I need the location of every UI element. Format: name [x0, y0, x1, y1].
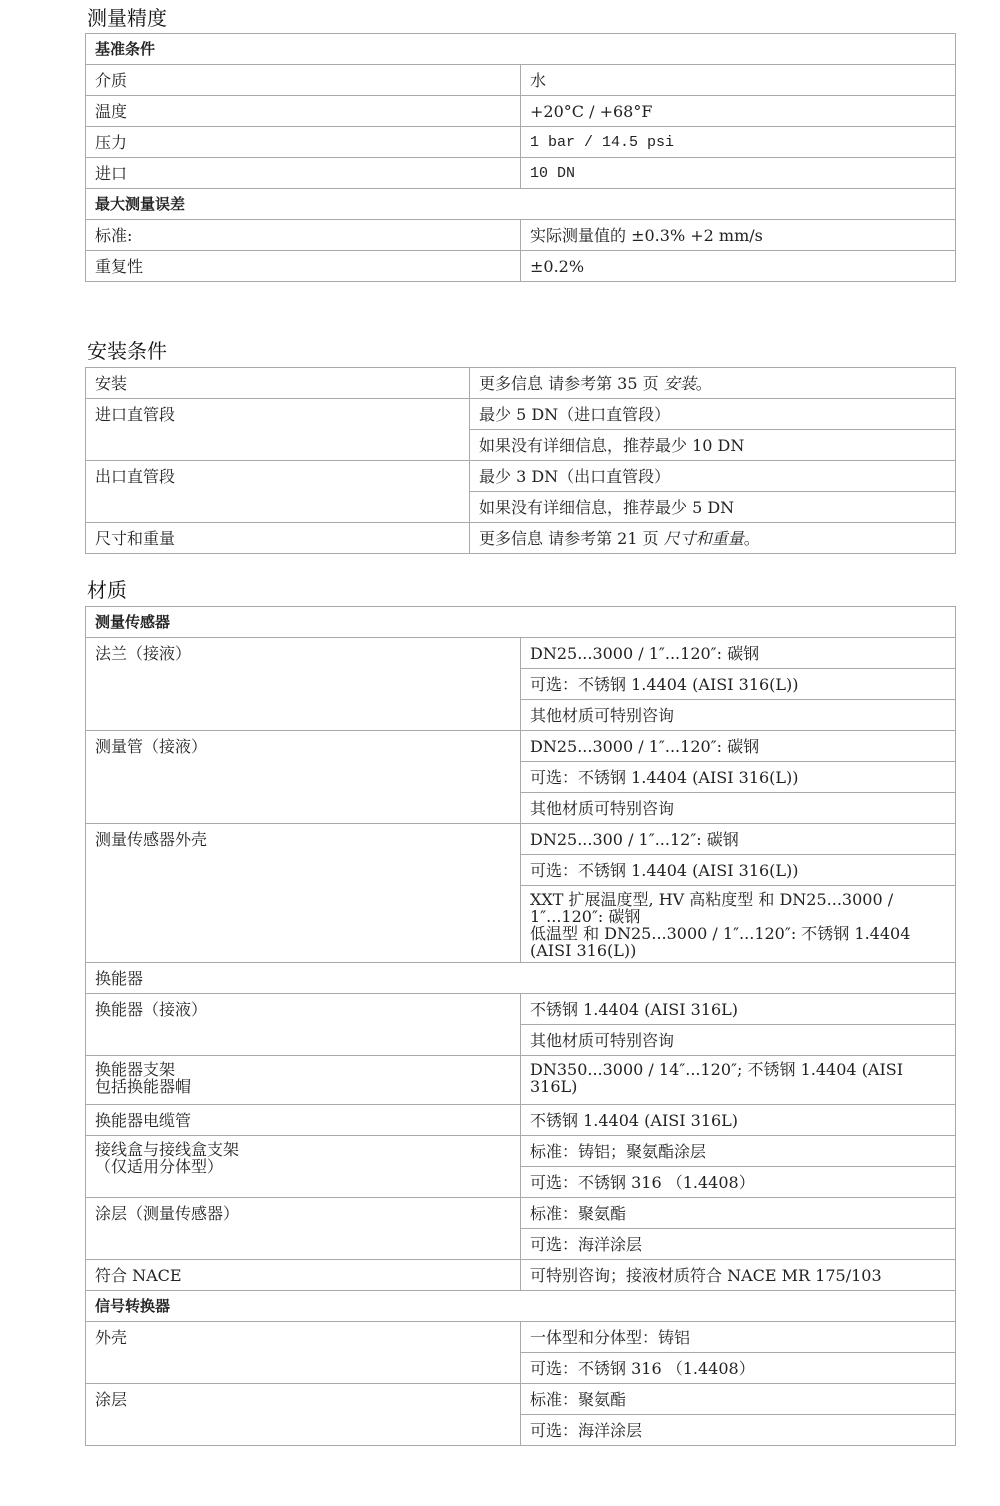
row-value: 其他材质可特别咨询 [521, 700, 956, 731]
row-value: 标准：聚氨酯 [521, 1198, 956, 1229]
row-label: 压力 [86, 127, 521, 158]
table-row: 外壳一体型和分体型：铸铝 [86, 1322, 956, 1353]
row-value: 一体型和分体型：铸铝 [521, 1322, 956, 1353]
group-row: 基准条件 [86, 34, 956, 65]
row-value: 其他材质可特别咨询 [521, 793, 956, 824]
row-label: 标准: [86, 220, 521, 251]
table-row: 重复性±0.2% [86, 251, 956, 282]
row-value: 可选：不锈钢 316 （1.4408） [521, 1167, 956, 1198]
accuracy-table: 基准条件 介质水 温度+20°C / +68°F 压力1 bar / 14.5 … [85, 33, 956, 282]
materials-table: 测量传感器 法兰（接液）DN25...3000 / 1″...120″: 碳钢 … [85, 606, 956, 1446]
row-label: 尺寸和重量 [86, 523, 470, 554]
row-value: +20°C / +68°F [521, 96, 956, 127]
group-row: 测量传感器 [86, 607, 956, 638]
table-row: 出口直管段最少 3 DN（出口直管段） [86, 461, 956, 492]
row-value: 可选：不锈钢 1.4404 (AISI 316(L)) [521, 669, 956, 700]
row-label: 测量传感器外壳 [86, 824, 521, 963]
table-row: 测量传感器外壳DN25...300 / 1″...12″: 碳钢 [86, 824, 956, 855]
page-reference-link[interactable]: 安装 [664, 374, 696, 393]
row-value: 不锈钢 1.4404 (AISI 316L) [521, 994, 956, 1025]
table-row: 标准:实际测量值的 ±0.3% +2 mm/s [86, 220, 956, 251]
table-row: 尺寸和重量更多信息 请参考第 21 页 尺寸和重量。 [86, 523, 956, 554]
row-value: 可选：海洋涂层 [521, 1415, 956, 1446]
row-value: 最少 3 DN（出口直管段） [470, 461, 956, 492]
row-value: 可选：海洋涂层 [521, 1229, 956, 1260]
row-label: 涂层（测量传感器） [86, 1198, 521, 1260]
table-row: 压力1 bar / 14.5 psi [86, 127, 956, 158]
table-row: 符合 NACE可特别咨询；接液材质符合 NACE MR 175/103 [86, 1260, 956, 1291]
row-value: DN25...300 / 1″...12″: 碳钢 [521, 824, 956, 855]
row-value: 可特别咨询；接液材质符合 NACE MR 175/103 [521, 1260, 956, 1291]
table-row: 法兰（接液）DN25...3000 / 1″...120″: 碳钢 [86, 638, 956, 669]
row-label: 换能器支架 包括换能器帽 [86, 1056, 521, 1105]
group-header-max-error: 最大测量误差 [86, 189, 956, 220]
row-label: 换能器电缆管 [86, 1105, 521, 1136]
row-value: 可选：不锈钢 316 （1.4408） [521, 1353, 956, 1384]
section-title-accuracy: 测量精度 [87, 6, 167, 30]
group-row: 换能器 [86, 963, 956, 994]
row-value: 更多信息 请参考第 35 页 安装。 [470, 368, 956, 399]
row-value: 可选：不锈钢 1.4404 (AISI 316(L)) [521, 762, 956, 793]
table-row: 介质水 [86, 65, 956, 96]
group-header-converter: 信号转换器 [86, 1291, 956, 1322]
row-value: ±0.2% [521, 251, 956, 282]
row-label: 进口 [86, 158, 521, 189]
row-value: 1 bar / 14.5 psi [521, 127, 956, 158]
group-row: 最大测量误差 [86, 189, 956, 220]
row-value: 如果没有详细信息，推荐最少 5 DN [470, 492, 956, 523]
table-row: 涂层标准：聚氨酯 [86, 1384, 956, 1415]
row-value: 更多信息 请参考第 21 页 尺寸和重量。 [470, 523, 956, 554]
group-header-sensor: 测量传感器 [86, 607, 956, 638]
row-label: 涂层 [86, 1384, 521, 1446]
table-row: 安装更多信息 请参考第 35 页 安装。 [86, 368, 956, 399]
row-value: DN25...3000 / 1″...120″: 碳钢 [521, 731, 956, 762]
row-label: 接线盒与接线盒支架 （仅适用分体型） [86, 1136, 521, 1198]
table-row: 换能器支架 包括换能器帽DN350...3000 / 14″...120″; 不… [86, 1056, 956, 1105]
row-value: 可选：不锈钢 1.4404 (AISI 316(L)) [521, 855, 956, 886]
row-value: 10 DN [521, 158, 956, 189]
table-row: 测量管（接液）DN25...3000 / 1″...120″: 碳钢 [86, 731, 956, 762]
row-value: 不锈钢 1.4404 (AISI 316L) [521, 1105, 956, 1136]
row-value: 其他材质可特别咨询 [521, 1025, 956, 1056]
row-label: 介质 [86, 65, 521, 96]
row-value: DN25...3000 / 1″...120″: 碳钢 [521, 638, 956, 669]
row-label: 温度 [86, 96, 521, 127]
row-value: 最少 5 DN（进口直管段） [470, 399, 956, 430]
table-row: 换能器（接液）不锈钢 1.4404 (AISI 316L) [86, 994, 956, 1025]
group-row: 信号转换器 [86, 1291, 956, 1322]
row-label: 进口直管段 [86, 399, 470, 461]
row-value: DN350...3000 / 14″...120″; 不锈钢 1.4404 (A… [521, 1056, 956, 1105]
table-row: 进口10 DN [86, 158, 956, 189]
row-value: 水 [521, 65, 956, 96]
table-row: 涂层（测量传感器）标准：聚氨酯 [86, 1198, 956, 1229]
row-label: 测量管（接液） [86, 731, 521, 824]
group-header-reference: 基准条件 [86, 34, 956, 65]
row-label: 重复性 [86, 251, 521, 282]
row-value: 实际测量值的 ±0.3% +2 mm/s [521, 220, 956, 251]
row-label: 出口直管段 [86, 461, 470, 523]
section-title-installation: 安装条件 [87, 339, 167, 363]
table-row: 接线盒与接线盒支架 （仅适用分体型）标准：铸铝；聚氨酯涂层 [86, 1136, 956, 1167]
table-row: 温度+20°C / +68°F [86, 96, 956, 127]
page-reference-link[interactable]: 尺寸和重量 [664, 529, 744, 548]
row-label: 外壳 [86, 1322, 521, 1384]
section-title-materials: 材质 [87, 578, 127, 602]
group-header-transducer: 换能器 [86, 963, 956, 994]
row-value: 标准：铸铝；聚氨酯涂层 [521, 1136, 956, 1167]
row-value: 如果没有详细信息，推荐最少 10 DN [470, 430, 956, 461]
table-row: 进口直管段最少 5 DN（进口直管段） [86, 399, 956, 430]
table-row: 换能器电缆管不锈钢 1.4404 (AISI 316L) [86, 1105, 956, 1136]
row-value: 标准：聚氨酯 [521, 1384, 956, 1415]
row-value: XXT 扩展温度型, HV 高粘度型 和 DN25...3000 / 1″...… [521, 886, 956, 963]
row-label: 法兰（接液） [86, 638, 521, 731]
row-label: 换能器（接液） [86, 994, 521, 1056]
row-label: 安装 [86, 368, 470, 399]
row-label: 符合 NACE [86, 1260, 521, 1291]
installation-table: 安装更多信息 请参考第 35 页 安装。 进口直管段最少 5 DN（进口直管段）… [85, 367, 956, 554]
